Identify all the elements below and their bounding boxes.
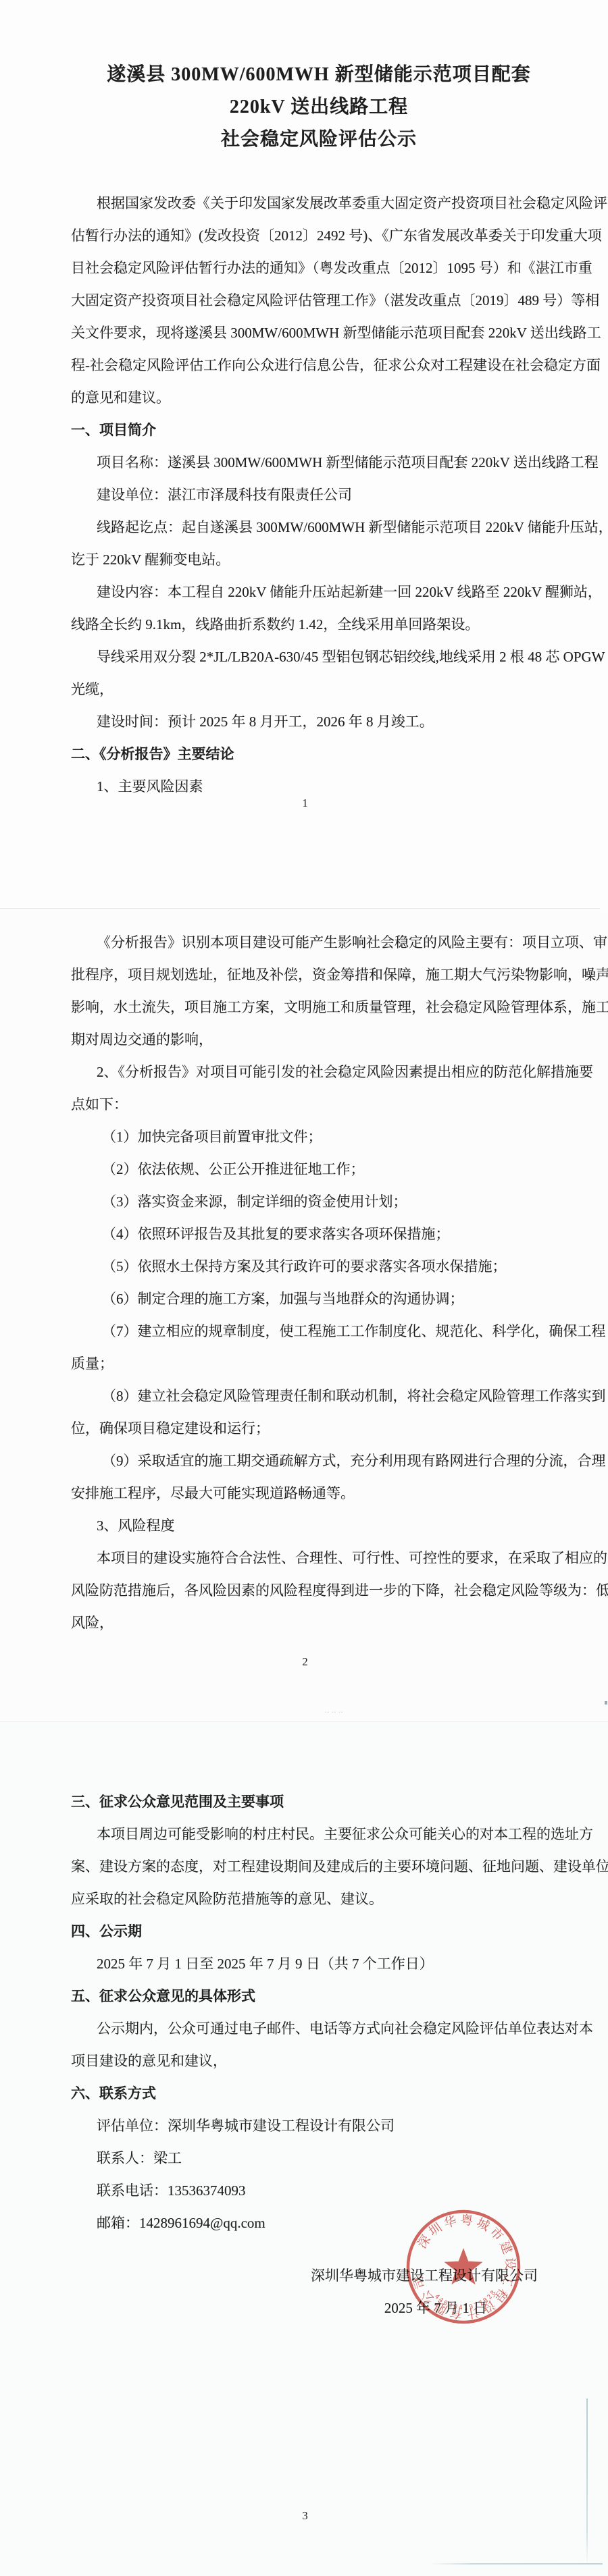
text-line: （4）依照环评报告及其批复的要求落实各项环保措施； xyxy=(71,1218,544,1250)
text-line: 导线采用双分裂 2*JL/LB20A-630/45 型铝包钢芯铝绞线,地线采用 … xyxy=(71,641,544,673)
page-2-body: 《分析报告》识别本项目建设可能产生影响社会稳定的风险主要有：项目立项、审批程序，… xyxy=(71,926,544,1639)
page-number-2: 2 xyxy=(0,1654,608,1670)
text-line: 《分析报告》识别本项目建设可能产生影响社会稳定的风险主要有：项目立项、审 xyxy=(71,926,544,959)
text-line: 根据国家发改委《关于印发国家发展改革委重大固定资产投资项目社会稳定风险评 xyxy=(71,187,544,219)
text-line: 安排施工程序，尽最大可能实现道路畅通等。 xyxy=(71,1477,544,1509)
text-line: （8）建立社会稳定风险管理责任制和联动机制，将社会稳定风险管理工作落实到 xyxy=(71,1380,544,1412)
text-line: 估暂行办法的通知》(发改投资〔2012〕2492 号)、《广东省发展改革委关于印… xyxy=(71,219,544,252)
text-line: （2）依法依规、公正公开推进征地工作； xyxy=(71,1153,544,1185)
text-line: 质量； xyxy=(71,1347,544,1380)
text-line: 期对周边交通的影响， xyxy=(71,1023,544,1056)
text-line: 建设时间：预计 2025 年 8 月开工，2026 年 8 月竣工。 xyxy=(71,705,544,738)
text-line: 2、《分析报告》对项目可能引发的社会稳定风险因素提出相应的防范化解措施要 xyxy=(71,1056,544,1088)
text-line: 线路起讫点：起自遂溪县 300MW/600MWH 新型储能示范项目 220kV … xyxy=(71,511,544,543)
page-1-body: 根据国家发改委《关于印发国家发展改革委重大固定资产投资项目社会稳定风险评估暂行办… xyxy=(71,187,544,803)
text-line: 批程序，项目规划选址，征地及补偿，资金筹措和保障，施工期大气污染物影响，噪声 xyxy=(71,959,544,991)
document-title: 遂溪县 300MW/600MWH 新型储能示范项目配套220kV 送出线路工程社… xyxy=(30,59,608,157)
scanned-document: 遂溪县 300MW/600MWH 新型储能示范项目配套220kV 送出线路工程社… xyxy=(0,0,608,2576)
text-line: 六、联系方式 xyxy=(71,2077,544,2110)
page-number-1: 1 xyxy=(0,795,608,811)
text-line: 点如下： xyxy=(71,1088,544,1121)
text-line: （9）采取适宜的施工期交通疏解方式，充分利用现有路网进行合理的分流，合理 xyxy=(71,1445,544,1477)
text-line: 大固定资产投资项目社会稳定风险评估管理工作》（湛发改重点〔2019〕489 号）… xyxy=(71,284,544,317)
scan-bottom-edge xyxy=(430,2563,603,2565)
text-line: 建设内容：本工程自 220kV 储能升压站起新建一回 220kV 线路至 220… xyxy=(71,576,544,608)
text-line: 二、《分析报告》主要结论 xyxy=(71,738,544,770)
text-line: 本项目的建设实施符合合法性、合理性、可行性、可控性的要求，在采取了相应的 xyxy=(71,1542,544,1574)
text-line: 遂溪县 300MW/600MWH 新型储能示范项目配套 xyxy=(30,59,608,92)
text-line: 影响，水土流失，项目施工方案，文明施工和质量管理，社会稳定风险管理体系，施工 xyxy=(71,991,544,1023)
text-line: 程-社会稳定风险评估工作向公众进行信息公告，征求公众对工程建设在社会稳定方面 xyxy=(71,349,544,381)
text-line: 讫于 220kV 醒狮变电站。 xyxy=(71,543,544,576)
text-line: 建设单位：湛江市泽晟科技有限责任公司 xyxy=(71,479,544,511)
text-line: （1）加快完备项目前置审批文件； xyxy=(71,1121,544,1153)
text-line: （3）落实资金来源，制定详细的资金使用计划； xyxy=(71,1185,544,1218)
scan-noise-artifact: ‥‥‥ xyxy=(324,1706,345,1715)
page-separator xyxy=(0,908,600,909)
text-line: 线路全长约 9.1km，线路曲折系数约 1.42，全线采用单回路架设。 xyxy=(71,608,544,641)
text-line: （5）依照水土保持方案及其行政许可的要求落实各项水保措施； xyxy=(71,1250,544,1283)
text-line: 风险， xyxy=(71,1607,544,1639)
text-line: 位，确保项目稳定建设和运行； xyxy=(71,1412,544,1445)
text-line: 应采取的社会稳定风险防范措施等的意见、建议。 xyxy=(71,1883,544,1915)
scan-right-edge xyxy=(586,2398,588,2565)
text-line: 220kV 送出线路工程 xyxy=(30,92,608,124)
page-3-body: 三、征求公众意见范围及主要事项本项目周边可能受影响的村庄村民。主要征求公众可能关… xyxy=(71,1786,544,2239)
text-line: 的意见和建议。 xyxy=(71,381,544,414)
text-line: 公示期内，公众可通过电子邮件、电话等方式向社会稳定风险评估单位表达对本 xyxy=(71,2012,544,2045)
text-line: 2025 年 7 月 1 日至 2025 年 7 月 9 日（共 7 个工作日） xyxy=(71,1948,544,1980)
company-seal: 深圳华粤城市建设工程设计有限公司 4403041977828 xyxy=(403,2206,524,2328)
page-number-3: 3 xyxy=(0,2508,608,2524)
text-line: 三、征求公众意见范围及主要事项 xyxy=(71,1786,544,1818)
text-line: 项目名称：遂溪县 300MW/600MWH 新型储能示范项目配套 220kV 送… xyxy=(71,446,544,479)
scan-noise-artifact xyxy=(605,1701,607,1705)
text-line: 本项目周边可能受影响的村庄村民。主要征求公众可能关心的对本工程的选址方 xyxy=(71,1818,544,1850)
text-line: 联系人：梁工 xyxy=(71,2142,544,2174)
text-line: （7）建立相应的规章制度，使工程施工工作制度化、规范化、科学化，确保工程 xyxy=(71,1315,544,1347)
star-icon xyxy=(444,2248,482,2284)
text-line: 四、公示期 xyxy=(71,1915,544,1948)
text-line: 评估单位：深圳华粤城市建设工程设计有限公司 xyxy=(71,2110,544,2142)
text-line: （6）制定合理的施工方案，加强与当地群众的沟通协调； xyxy=(71,1283,544,1315)
text-line: 目社会稳定风险评估暂行办法的通知》（粤发改重点〔2012〕1095 号）和《湛江… xyxy=(71,252,544,284)
text-line: 风险防范措施后，各风险因素的风险程度得到进一步的下降，社会稳定风险等级为：低 xyxy=(71,1574,544,1607)
text-line: 光缆， xyxy=(71,673,544,705)
text-line: 3、风险程度 xyxy=(71,1509,544,1542)
text-line: 社会稳定风险评估公示 xyxy=(30,124,608,157)
text-line: 一、项目简介 xyxy=(71,414,544,446)
page-separator xyxy=(0,1721,608,1722)
text-line: 五、征求公众意见的具体形式 xyxy=(71,1980,544,2012)
text-line: 案、建设方案的态度，对工程建设期间及建成后的主要环境问题、征地问题、建设单位 xyxy=(71,1850,544,1883)
text-line: 项目建设的意见和建议， xyxy=(71,2045,544,2077)
text-line: 关文件要求，现将遂溪县 300MW/600MWH 新型储能示范项目配套 220k… xyxy=(71,317,544,349)
text-line: 联系电话：13536374093 xyxy=(71,2174,544,2207)
